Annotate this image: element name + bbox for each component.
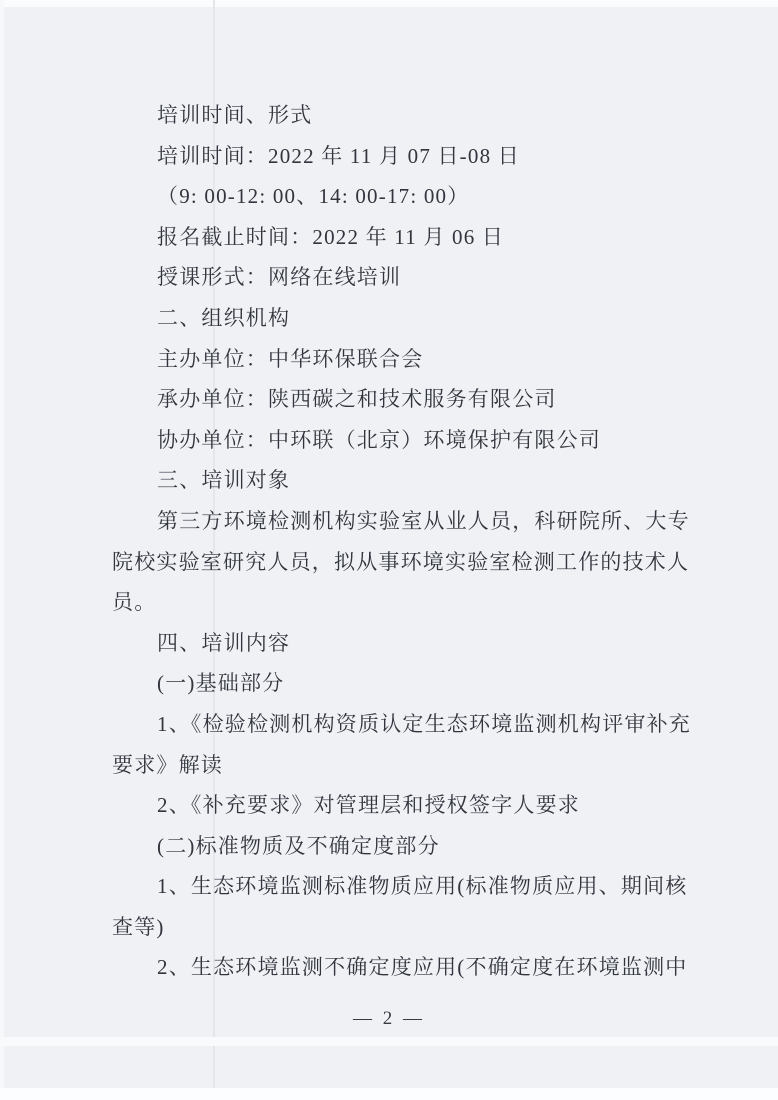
text-line-section-2-heading: 二、组织机构 — [112, 298, 694, 339]
text-line-part2-item1b: 查等) — [112, 907, 694, 948]
text-line-part-2-heading: (二)标准物质及不确定度部分 — [112, 826, 694, 867]
text-line-audience-3: 员。 — [112, 582, 694, 623]
text-line-organizer-unit: 承办单位：陕西碳之和技术服务有限公司 — [112, 379, 694, 420]
text-line-part1-item1b: 要求》解读 — [112, 745, 694, 786]
text-line-registration-deadline: 报名截止时间：2022 年 11 月 06 日 — [112, 217, 694, 258]
scan-top-strip — [0, 0, 778, 7]
scanned-document-page: { "page": { "background_color": "#eff1f5… — [0, 0, 778, 1100]
text-line-part1-item1a: 1、《检验检测机构资质认定生态环境监测机构评审补充 — [112, 704, 694, 745]
scan-left-strip — [0, 0, 4, 1100]
document-text-block: 培训时间、形式 培训时间：2022 年 11 月 07 日-08 日 （9: 0… — [112, 95, 694, 988]
text-line-host-unit: 主办单位：中华环保联合会 — [112, 339, 694, 380]
text-line-training-time: 培训时间：2022 年 11 月 07 日-08 日 — [112, 136, 694, 177]
text-line-section-4-heading: 四、培训内容 — [112, 623, 694, 664]
text-line-teaching-format: 授课形式：网络在线培训 — [112, 257, 694, 298]
text-line-training-hours: （9: 00-12: 00、14: 00-17: 00） — [112, 176, 694, 217]
text-line-part1-item2: 2、《补充要求》对管理层和授权签字人要求 — [112, 785, 694, 826]
page-number: — 2 — — [0, 1008, 778, 1030]
scan-mid-strip — [0, 1037, 778, 1046]
text-line-section-3-heading: 三、培训对象 — [112, 460, 694, 501]
text-line-audience-2: 院校实验室研究人员，拟从事环境实验室检测工作的技术人 — [112, 542, 694, 583]
text-line-part-1-heading: (一)基础部分 — [112, 663, 694, 704]
text-line-audience-1: 第三方环境检测机构实验室从业人员，科研院所、大专 — [112, 501, 694, 542]
text-line-training-time-heading: 培训时间、形式 — [112, 95, 694, 136]
text-line-co-organizer-unit: 协办单位：中环联（北京）环境保护有限公司 — [112, 420, 694, 461]
text-line-part2-item1a: 1、生态环境监测标准物质应用(标准物质应用、期间核 — [112, 866, 694, 907]
scan-bottom-strip — [0, 1088, 778, 1100]
text-line-part2-item2: 2、生态环境监测不确定度应用(不确定度在环境监测中 — [112, 947, 694, 988]
